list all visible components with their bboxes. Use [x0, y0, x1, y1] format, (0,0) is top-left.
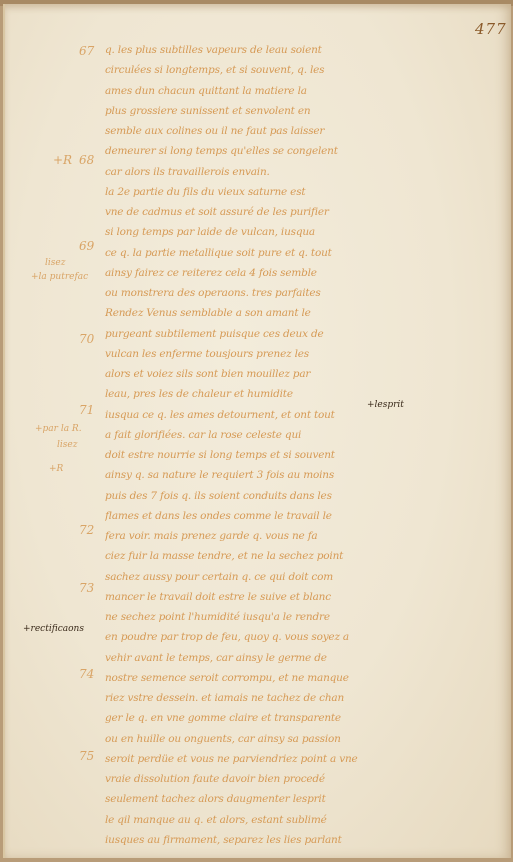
manuscript-line: vulcan les enferme tousjours prenez les [105, 348, 360, 368]
margin-note: +par la R. [35, 424, 82, 434]
margin-note: lisez [45, 258, 65, 268]
manuscript-line: ainsy fairez ce reiterez cela 4 fois sem… [105, 267, 360, 287]
manuscript-line: iusqua ce q. les ames detournent, et ont… [105, 409, 360, 429]
paragraph-number: 73 [79, 581, 94, 595]
manuscript-line: doit estre nourrie si long temps et si s… [105, 449, 360, 469]
margin-note: lisez [57, 440, 77, 450]
paragraph-number: 74 [79, 667, 94, 681]
margin-note: +rectificaons [23, 624, 84, 634]
manuscript-line: riez vstre dessein. et iamais ne tachez … [105, 692, 360, 712]
manuscript-line: ce q. la partie metallique soit pure et … [105, 247, 360, 267]
manuscript-line: nostre semence seroit corrompu, et ne ma… [105, 672, 360, 692]
manuscript-line: semble aux colines ou il ne faut pas lai… [105, 125, 360, 145]
manuscript-line: plus grossiere sunissent et senvolent en [105, 105, 360, 125]
paragraph-number: 72 [79, 523, 94, 537]
paragraph-number: 68 [79, 153, 94, 167]
paragraph-mark: +R [53, 153, 72, 167]
manuscript-line: a fait glorifiées. car la rose celeste q… [105, 429, 360, 449]
page-number: 477 [475, 20, 507, 38]
manuscript-line: ne sechez point l'humidité iusqu'a le re… [105, 611, 360, 631]
paragraph-number: 70 [79, 332, 94, 346]
manuscript-line: alors et voiez sils sont bien mouillez p… [105, 368, 360, 388]
manuscript-line: car alors ils travaillerois envain. [105, 166, 360, 186]
manuscript-line: ciez fuir la masse tendre, et ne la sech… [105, 550, 360, 570]
manuscript-line: la 2e partie du fils du vieux saturne es… [105, 186, 360, 206]
manuscript-line: mancer le travail doit estre le suive et… [105, 591, 360, 611]
manuscript-line: Rendez Venus semblable a son amant le [105, 307, 360, 327]
manuscript-line: ames dun chacun quittant la matiere la [105, 85, 360, 105]
manuscript-line: demeurer si long temps qu'elles se conge… [105, 145, 360, 165]
paragraph-number: 71 [79, 403, 94, 417]
manuscript-line: vehir avant le temps, car ainsy le germe… [105, 652, 360, 672]
paragraph-number: 67 [79, 44, 94, 58]
manuscript-line: leau, pres les de chaleur et humidite [105, 388, 360, 408]
manuscript-page: 477 6768+R69707172737475 q. les plus sub… [3, 4, 511, 858]
manuscript-line: iusques au firmament, separez les lies p… [105, 834, 360, 854]
paragraph-number: 75 [79, 749, 94, 763]
manuscript-line: ou en huille ou onguents, car ainsy sa p… [105, 733, 360, 753]
manuscript-line: seulement tachez alors daugmenter lespri… [105, 793, 360, 813]
manuscript-line: circulées si longtemps, et si souvent, q… [105, 64, 360, 84]
manuscript-line: ger le q. en vne gomme claire et transpa… [105, 712, 360, 732]
margin-note: +la putrefac [31, 272, 88, 282]
manuscript-line: flames et dans les ondes comme le travai… [105, 510, 360, 530]
manuscript-line: fera voir. mais prenez garde q. vous ne … [105, 530, 360, 550]
manuscript-line: ou monstrera des operaons. tres parfaite… [105, 287, 360, 307]
manuscript-line: puis des 7 fois q. ils soient conduits d… [105, 490, 360, 510]
manuscript-line: purgeant subtilement puisque ces deux de [105, 328, 360, 348]
margin-note: +lesprit [367, 400, 404, 410]
manuscript-line: le qil manque au q. et alors, estant sub… [105, 814, 360, 834]
manuscript-line: seroit perdüe et vous ne parviendriez po… [105, 753, 360, 773]
manuscript-line: q. les plus subtilles vapeurs de leau so… [105, 44, 360, 64]
manuscript-line: vraie dissolution faute davoir bien proc… [105, 773, 360, 793]
manuscript-line: sachez aussy pour certain q. ce qui doit… [105, 571, 360, 591]
manuscript-line: ainsy q. sa nature le requiert 3 fois au… [105, 469, 360, 489]
manuscript-line: en poudre par trop de feu, quoy q. vous … [105, 631, 360, 651]
paragraph-number: 69 [79, 239, 94, 253]
margin-note: +R [49, 464, 63, 474]
manuscript-line: si long temps par laide de vulcan, iusqu… [105, 226, 360, 246]
manuscript-line: vne de cadmus et soit assuré de les puri… [105, 206, 360, 226]
